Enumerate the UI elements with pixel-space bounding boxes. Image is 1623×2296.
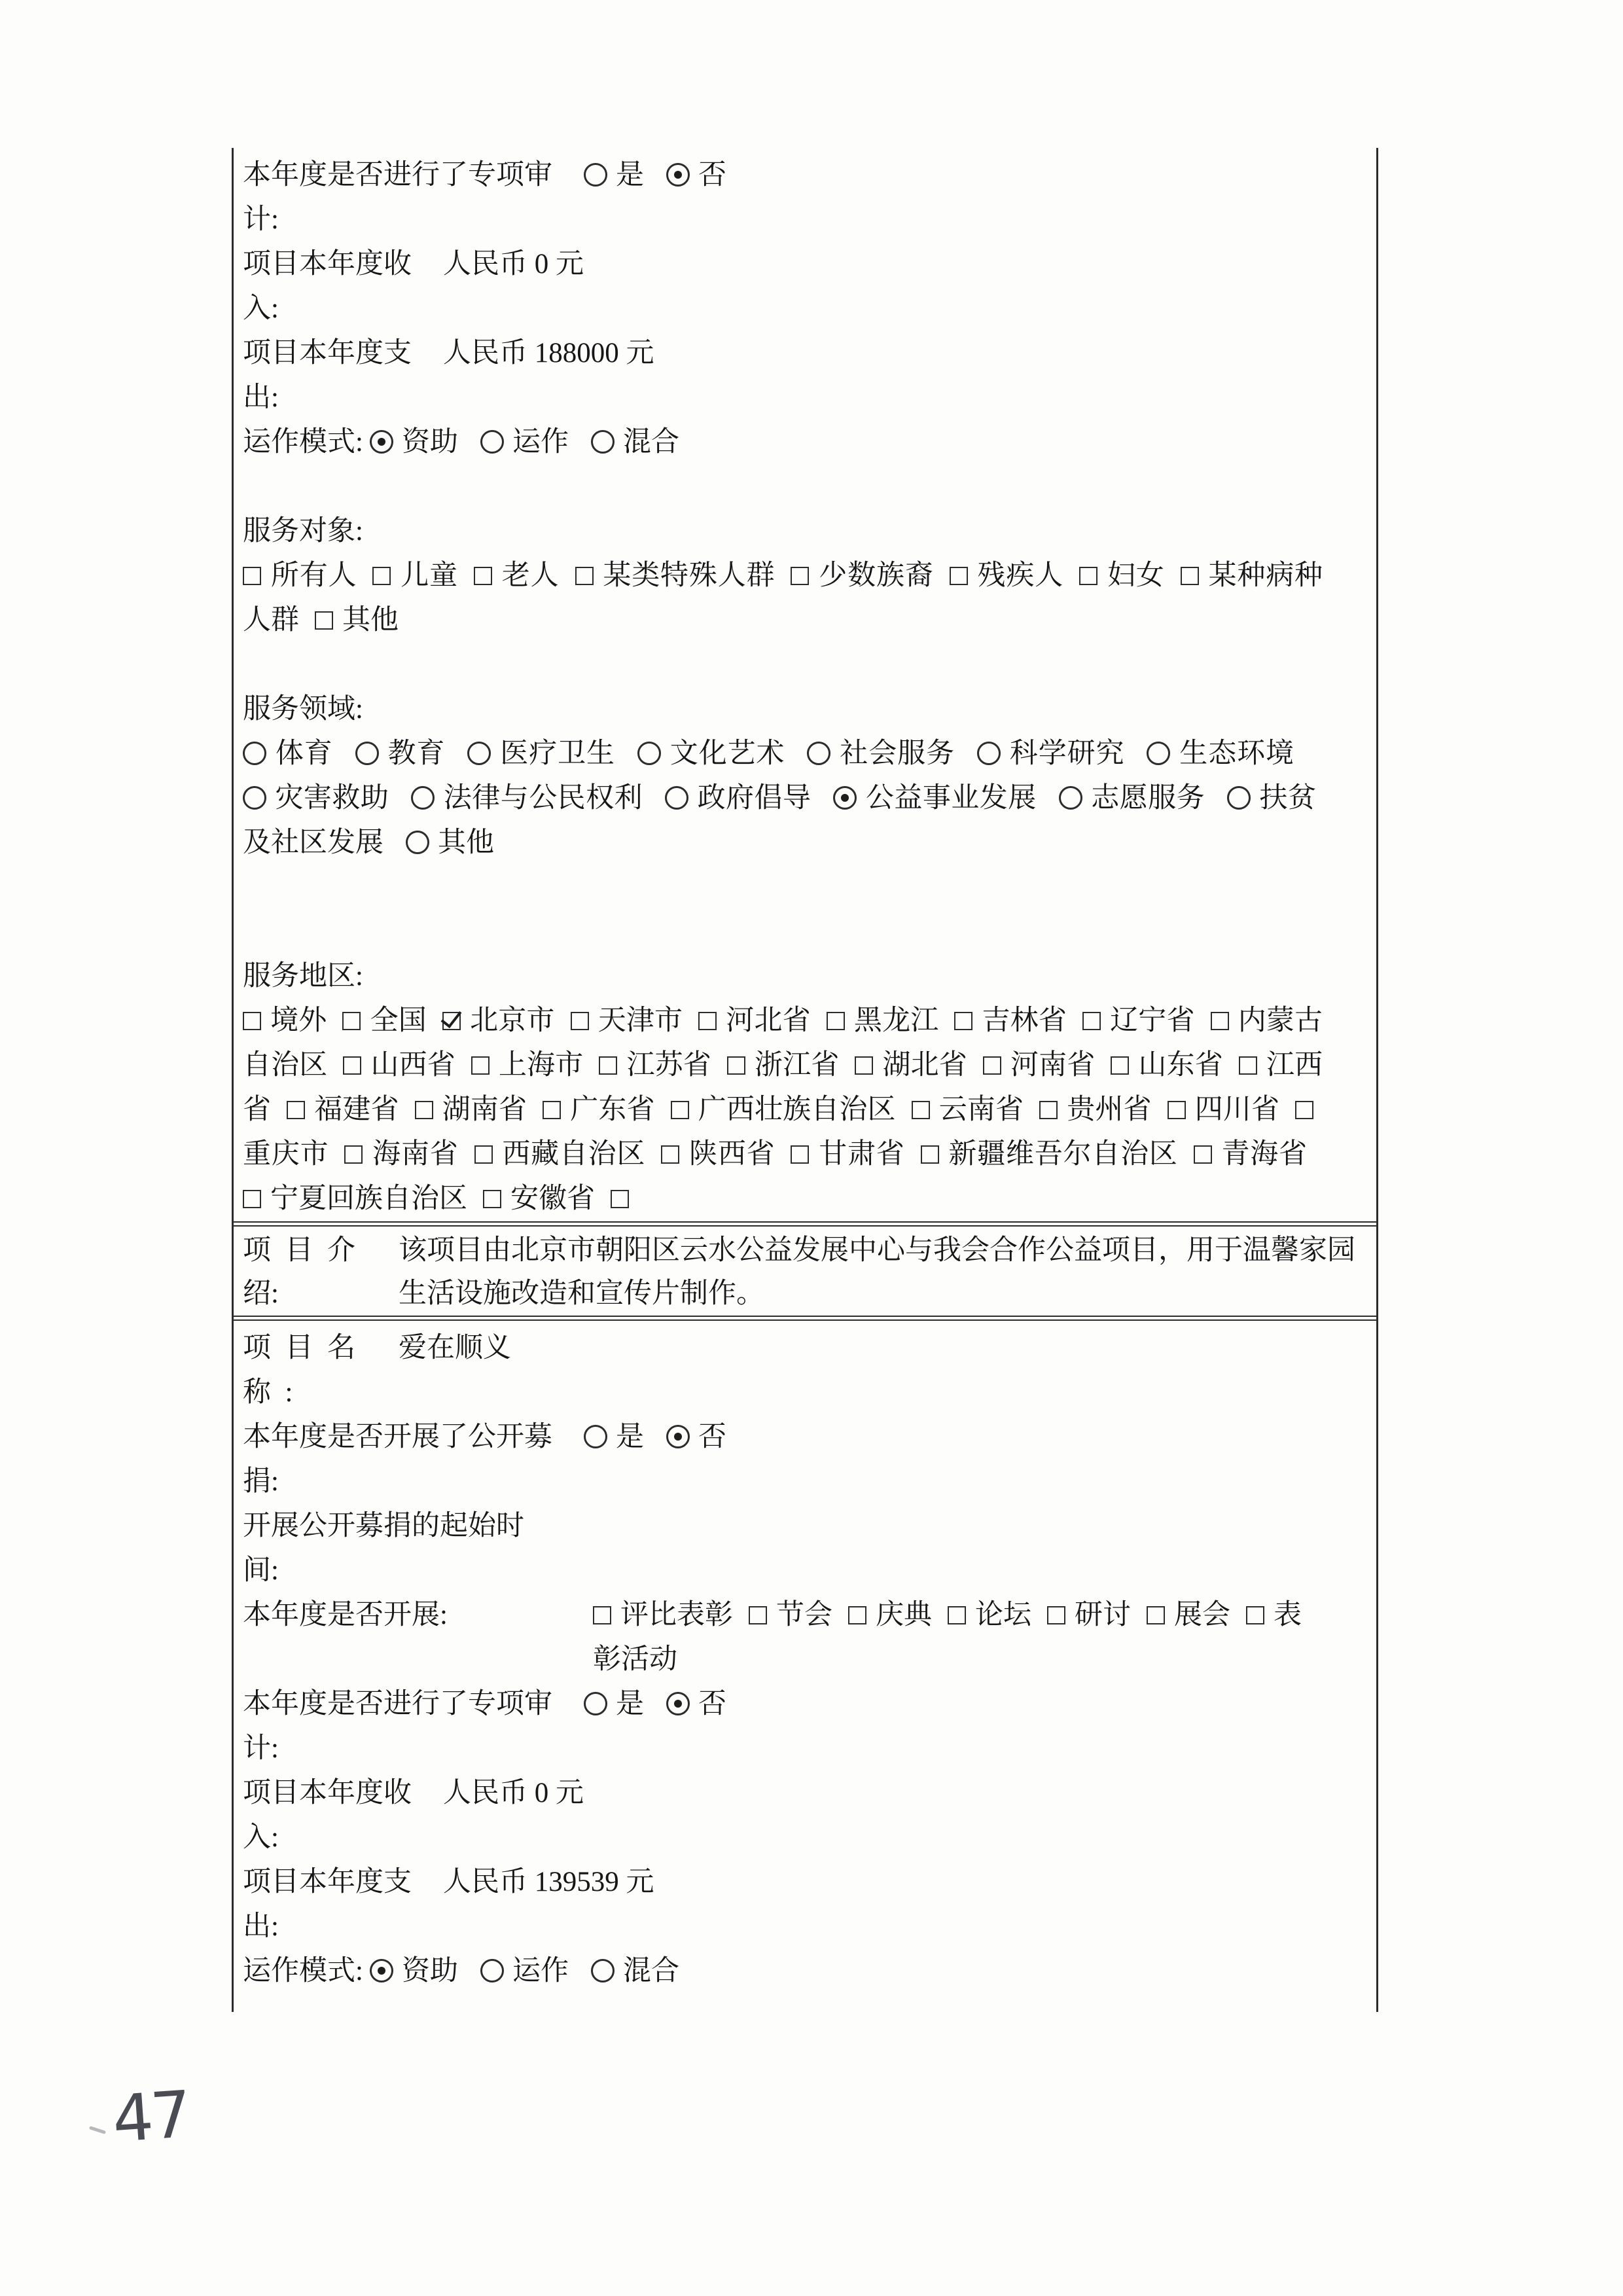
option-label: 青海省 xyxy=(1221,1139,1307,1170)
radio-group: 是否 xyxy=(584,1415,749,1460)
option-label: 少数族裔 xyxy=(818,560,933,591)
field-special-audit: 本年度是否进行了专项审 计: 是否 xyxy=(243,153,1323,242)
field-label: 本年度是否开展: xyxy=(243,1593,593,1638)
checkbox-option: 儿童 xyxy=(372,560,458,591)
radio-icon-selected xyxy=(370,430,393,454)
radio-option: 志愿服务 xyxy=(1059,783,1205,814)
option-label: 志愿服务 xyxy=(1091,783,1205,814)
checkbox-icon xyxy=(342,1012,361,1030)
row-separator xyxy=(234,1316,1376,1321)
option-label: 湖南省 xyxy=(442,1094,527,1125)
checkbox-option: 江苏省 xyxy=(599,1050,711,1081)
checkbox-option: 浙江省 xyxy=(727,1050,840,1081)
field-label: 运作模式: xyxy=(243,1949,363,1994)
checkbox-icon xyxy=(474,567,492,585)
radio-icon xyxy=(807,742,830,765)
checkbox-icon xyxy=(698,1012,717,1030)
checkbox-option: 老人 xyxy=(474,560,560,591)
checkbox-icon xyxy=(243,1012,261,1030)
checkbox-icon xyxy=(243,567,261,585)
checkbox-option: 宁夏回族自治区 xyxy=(243,1183,467,1214)
checkbox-option: 广西壮族自治区 xyxy=(671,1094,896,1125)
checkbox-group: 评比表彰节会庆典论坛研讨展会表彰活动 xyxy=(593,1593,1323,1682)
option-label: 混合 xyxy=(623,427,679,457)
radio-icon xyxy=(1227,786,1251,810)
checkbox-option: 湖北省 xyxy=(855,1050,967,1081)
field-label: 开展公开募捐的起始时 间: xyxy=(243,1504,524,1593)
radio-option: 是 xyxy=(584,1422,644,1452)
field-annual-expense: 项目本年度支 出: 人民币 188000 元 xyxy=(243,331,1323,420)
option-label: 北京市 xyxy=(470,1005,555,1036)
radio-option: 资助 xyxy=(370,1956,458,1986)
field-operation-mode: 运作模式: 资助运作混合 xyxy=(243,420,1323,465)
option-label: 重庆市 xyxy=(243,1139,329,1170)
gap xyxy=(243,465,1323,509)
radio-icon xyxy=(584,1692,607,1715)
option-label: 浙江省 xyxy=(755,1050,840,1081)
option-label: 公益事业发展 xyxy=(865,783,1036,814)
checkbox-option: 湖南省 xyxy=(415,1094,527,1125)
radio-option: 否 xyxy=(666,160,726,190)
option-label: 贵州省 xyxy=(1067,1094,1152,1125)
option-label: 吉林省 xyxy=(982,1005,1067,1036)
checkbox-icon xyxy=(593,1606,611,1624)
checkbox-option: 其他 xyxy=(315,605,399,636)
table-row-project1-details: 本年度是否进行了专项审 计: 是否 项目本年度收 入: 人民币 0 元 项目本年… xyxy=(234,148,1376,1221)
checkbox-icon xyxy=(1181,567,1199,585)
radio-option: 是 xyxy=(584,160,644,190)
field-value: 该项目由北京市朝阳区云水公益发展中心与我会合作公益项目，用于温馨家园生活设施改造… xyxy=(399,1229,1370,1316)
checkbox-option: 庆典 xyxy=(848,1600,932,1630)
radio-icon-selected xyxy=(666,1692,690,1715)
option-label: 研讨 xyxy=(1075,1600,1131,1630)
field-value: 人民币 139539 元 xyxy=(443,1860,654,1905)
field-value: 人民币 0 元 xyxy=(443,242,584,287)
option-label: 西藏自治区 xyxy=(502,1139,646,1170)
checkbox-icon xyxy=(948,1606,966,1624)
field-annual-income: 项目本年度收 入: 人民币 0 元 xyxy=(243,242,1323,331)
checkbox-option: 北京市 xyxy=(442,1005,555,1036)
pen-mark xyxy=(89,2126,106,2134)
radio-option: 社会服务 xyxy=(807,738,955,769)
checkbox-option: 少数族裔 xyxy=(791,560,933,591)
option-label: 黑龙江 xyxy=(854,1005,939,1036)
option-label: 广西壮族自治区 xyxy=(698,1094,896,1125)
checkbox-icon xyxy=(1211,1012,1229,1030)
checkbox-icon xyxy=(343,1056,361,1075)
field-label: 运作模式: xyxy=(243,420,363,465)
checkbox-option: 吉林省 xyxy=(954,1005,1067,1036)
option-label: 残疾人 xyxy=(977,560,1063,591)
option-label: 其他 xyxy=(342,605,399,636)
radio-icon xyxy=(243,786,266,810)
option-label: 否 xyxy=(698,1422,726,1452)
checkbox-icon xyxy=(474,1145,493,1164)
field-annual-income: 项目本年度收 入: 人民币 0 元 xyxy=(243,1771,1323,1860)
option-label: 是 xyxy=(616,1422,644,1452)
option-label: 节会 xyxy=(776,1600,832,1630)
option-label: 论坛 xyxy=(975,1600,1031,1630)
option-label: 法律与公民权利 xyxy=(443,783,643,814)
option-label: 妇女 xyxy=(1107,560,1165,591)
checkbox-icon xyxy=(1194,1145,1212,1164)
checkbox-icon xyxy=(571,1012,589,1030)
radio-icon-selected xyxy=(833,786,857,810)
checkbox-icon xyxy=(287,1101,305,1119)
option-label: 陕西省 xyxy=(688,1139,775,1170)
table-row-project2-details: 项 目 名 称 : 爱在顺义 本年度是否开展了公开募 捐: 是否 开展公开募捐的… xyxy=(234,1321,1376,1994)
option-label: 天津市 xyxy=(598,1005,683,1036)
checkbox-icon xyxy=(543,1101,561,1119)
checkbox-option: 海南省 xyxy=(344,1139,458,1170)
checkbox-option: 残疾人 xyxy=(950,560,1063,591)
checkbox-icon xyxy=(791,567,809,585)
option-label: 四川省 xyxy=(1195,1094,1280,1125)
radio-option: 其他 xyxy=(406,827,494,858)
checkbox-option: 山东省 xyxy=(1111,1050,1223,1081)
radio-option: 医疗卫生 xyxy=(467,738,615,769)
scanned-document-page: { "page_number_handwritten": "47", "form… xyxy=(0,0,1623,2296)
field-fundraising-start-time: 开展公开募捐的起始时 间: xyxy=(243,1504,1323,1593)
field-label: 项目本年度收 入: xyxy=(243,242,412,331)
option-label: 辽宁省 xyxy=(1110,1005,1195,1036)
option-label: 医疗卫生 xyxy=(499,738,615,769)
checkbox-option: 全国 xyxy=(342,1005,426,1036)
checkbox-icon xyxy=(243,1190,261,1208)
option-label: 运作 xyxy=(512,1956,569,1986)
field-label: 项目本年度支 出: xyxy=(243,1860,412,1949)
checkbox-option: 贵州省 xyxy=(1039,1094,1152,1125)
checkbox-icon xyxy=(483,1190,501,1208)
radio-group: 是否 xyxy=(584,153,749,198)
checkbox-option: 陕西省 xyxy=(661,1139,775,1170)
checkbox-option xyxy=(611,1183,638,1214)
field-label: 本年度是否开展了公开募 捐: xyxy=(243,1415,552,1504)
radio-icon xyxy=(591,430,615,454)
radio-option: 运作 xyxy=(480,427,569,457)
checkbox-icon xyxy=(1246,1606,1264,1624)
section-service-target: 服务对象: 所有人儿童老人某类特殊人群少数族裔残疾人妇女某种病种人群其他 xyxy=(243,509,1323,643)
option-label: 老人 xyxy=(501,560,560,591)
checkbox-option: 节会 xyxy=(749,1600,832,1630)
option-label: 是 xyxy=(616,160,644,190)
radio-option: 灾害救助 xyxy=(243,783,389,814)
row-separator xyxy=(234,1221,1376,1227)
option-label: 宁夏回族自治区 xyxy=(270,1183,467,1214)
field-label: 本年度是否进行了专项审 计: xyxy=(243,153,552,242)
option-label: 其他 xyxy=(438,827,494,858)
checkbox-icon xyxy=(912,1101,930,1119)
field-project-name: 项 目 名 称 : 爱在顺义 xyxy=(243,1326,1323,1415)
option-label: 生态环境 xyxy=(1179,738,1294,769)
gap xyxy=(243,643,1323,687)
gap xyxy=(243,865,1323,954)
option-label: 云南省 xyxy=(939,1094,1024,1125)
radio-icon xyxy=(480,430,504,454)
radio-option: 公益事业发展 xyxy=(833,783,1036,814)
checkbox-option: 福建省 xyxy=(287,1094,399,1125)
option-label: 资助 xyxy=(402,1956,458,1986)
option-label: 湖北省 xyxy=(882,1050,967,1081)
field-label: 本年度是否进行了专项审 计: xyxy=(243,1682,552,1771)
section-label: 服务领域: xyxy=(243,687,1323,732)
radio-option: 运作 xyxy=(480,1956,569,1986)
checkbox-icon xyxy=(599,1056,617,1075)
option-label: 甘肃省 xyxy=(818,1139,904,1170)
option-label: 境外 xyxy=(270,1005,327,1036)
checkbox-icon xyxy=(749,1606,767,1624)
radio-group: 体育教育医疗卫生文化艺术社会服务科学研究生态环境灾害救助法律与公民权利政府倡导公… xyxy=(243,732,1323,865)
radio-icon xyxy=(355,742,379,765)
option-label: 文化艺术 xyxy=(669,738,785,769)
checkbox-icon xyxy=(950,567,968,585)
radio-group: 资助运作混合 xyxy=(370,1949,702,1994)
checkbox-option: 研讨 xyxy=(1047,1600,1131,1630)
radio-icon xyxy=(584,1425,607,1448)
radio-icon xyxy=(1059,786,1082,810)
radio-icon xyxy=(480,1959,504,1982)
checkbox-icon xyxy=(415,1101,433,1119)
option-label: 庆典 xyxy=(876,1600,932,1630)
checkbox-icon xyxy=(983,1056,1001,1075)
radio-option: 政府倡导 xyxy=(665,783,811,814)
checkbox-option: 所有人 xyxy=(243,560,357,591)
option-label: 混合 xyxy=(623,1956,679,1986)
option-label: 评比表彰 xyxy=(620,1600,733,1630)
checkbox-icon xyxy=(727,1056,745,1075)
section-service-area: 服务地区: 境外全国北京市天津市河北省黑龙江吉林省辽宁省内蒙古自治区山西省上海市… xyxy=(243,954,1323,1221)
checkbox-option: 青海省 xyxy=(1194,1139,1307,1170)
checkbox-icon xyxy=(1082,1012,1101,1030)
radio-option: 文化艺术 xyxy=(637,738,785,769)
option-label: 灾害救助 xyxy=(275,783,389,814)
radio-icon xyxy=(243,742,266,765)
radio-icon xyxy=(411,786,435,810)
field-label: 项 目 名 称 : xyxy=(243,1326,399,1415)
section-label: 服务对象: xyxy=(243,509,1323,554)
radio-icon-selected xyxy=(370,1959,393,1982)
checkbox-option: 河北省 xyxy=(698,1005,811,1036)
checkbox-icon-selected xyxy=(442,1012,461,1030)
field-operation-mode: 运作模式: 资助运作混合 xyxy=(243,1949,1323,1994)
checkbox-option: 上海市 xyxy=(471,1050,584,1081)
handwritten-page-number: 47 xyxy=(110,2077,191,2157)
checkbox-option: 河南省 xyxy=(983,1050,1096,1081)
field-special-audit: 本年度是否进行了专项审 计: 是否 xyxy=(243,1682,1323,1771)
option-label: 山东省 xyxy=(1138,1050,1223,1081)
field-annual-expense: 项目本年度支 出: 人民币 139539 元 xyxy=(243,1860,1323,1949)
option-label: 江苏省 xyxy=(626,1050,711,1081)
checkbox-option: 山西省 xyxy=(343,1050,455,1081)
option-label: 是 xyxy=(616,1689,644,1719)
option-label: 福建省 xyxy=(314,1094,399,1125)
checkbox-option: 某类特殊人群 xyxy=(575,560,776,591)
option-label: 河北省 xyxy=(726,1005,811,1036)
checkbox-group: 境外全国北京市天津市河北省黑龙江吉林省辽宁省内蒙古自治区山西省上海市江苏省浙江省… xyxy=(243,999,1323,1221)
option-label: 体育 xyxy=(275,738,333,769)
field-label: 项目本年度收 入: xyxy=(243,1771,412,1860)
radio-option: 混合 xyxy=(591,427,679,457)
checkbox-icon xyxy=(575,567,594,585)
option-label: 广东省 xyxy=(570,1094,655,1125)
checkbox-icon xyxy=(344,1145,363,1164)
checkbox-option: 新疆维吾尔自治区 xyxy=(921,1139,1178,1170)
option-label: 否 xyxy=(698,160,726,190)
radio-group: 资助运作混合 xyxy=(370,420,702,465)
option-label: 否 xyxy=(698,1689,726,1719)
checkbox-icon xyxy=(471,1056,490,1075)
radio-option: 生态环境 xyxy=(1147,738,1294,769)
option-label: 上海市 xyxy=(499,1050,584,1081)
field-label: 项目本年度支 出: xyxy=(243,331,412,420)
field-activities-held: 本年度是否开展: 评比表彰节会庆典论坛研讨展会表彰活动 xyxy=(243,1593,1323,1682)
field-project-intro: 项 目 介 绍: 该项目由北京市朝阳区云水公益发展中心与我会合作公益项目，用于温… xyxy=(243,1229,1370,1316)
checkbox-icon xyxy=(791,1145,809,1164)
radio-option: 否 xyxy=(666,1689,726,1719)
checkbox-icon xyxy=(921,1145,939,1164)
checkbox-option: 黑龙江 xyxy=(827,1005,939,1036)
checkbox-group: 所有人儿童老人某类特殊人群少数族裔残疾人妇女某种病种人群其他 xyxy=(243,554,1323,643)
radio-option: 教育 xyxy=(355,738,446,769)
field-label: 项 目 介 绍: xyxy=(243,1229,399,1316)
field-value: 人民币 0 元 xyxy=(443,1771,584,1816)
option-label: 新疆维吾尔自治区 xyxy=(948,1139,1178,1170)
option-label: 安徽省 xyxy=(510,1183,595,1214)
checkbox-icon xyxy=(954,1012,972,1030)
option-label: 某类特殊人群 xyxy=(603,560,776,591)
radio-option: 混合 xyxy=(591,1956,679,1986)
field-public-fundraising: 本年度是否开展了公开募 捐: 是否 xyxy=(243,1415,1323,1504)
radio-option: 否 xyxy=(666,1422,726,1452)
radio-option: 是 xyxy=(584,1689,644,1719)
table-row-project-intro: 项 目 介 绍: 该项目由北京市朝阳区云水公益发展中心与我会合作公益项目，用于温… xyxy=(234,1227,1376,1316)
radio-icon xyxy=(406,831,429,854)
checkbox-icon xyxy=(1239,1056,1257,1075)
option-label: 山西省 xyxy=(370,1050,455,1081)
checkbox-icon xyxy=(372,567,391,585)
option-label: 社会服务 xyxy=(839,738,955,769)
option-label: 科学研究 xyxy=(1009,738,1125,769)
checkbox-icon xyxy=(315,611,333,630)
radio-option: 法律与公民权利 xyxy=(411,783,643,814)
radio-group: 是否 xyxy=(584,1682,749,1727)
checkbox-icon xyxy=(1039,1101,1058,1119)
checkbox-icon xyxy=(1047,1606,1065,1624)
checkbox-option: 甘肃省 xyxy=(791,1139,904,1170)
option-label: 所有人 xyxy=(270,560,357,591)
checkbox-icon xyxy=(1295,1101,1313,1119)
radio-icon xyxy=(1147,742,1170,765)
option-label: 海南省 xyxy=(372,1139,458,1170)
checkbox-option: 四川省 xyxy=(1168,1094,1280,1125)
option-label: 展会 xyxy=(1174,1600,1230,1630)
checkbox-icon xyxy=(848,1606,866,1624)
option-label: 教育 xyxy=(387,738,446,769)
field-value: 人民币 188000 元 xyxy=(443,331,654,376)
radio-icon xyxy=(637,742,661,765)
checkbox-option: 西藏自治区 xyxy=(474,1139,646,1170)
checkbox-icon xyxy=(1168,1101,1186,1119)
option-label: 儿童 xyxy=(400,560,458,591)
radio-icon-selected xyxy=(666,163,690,187)
checkbox-icon xyxy=(661,1145,679,1164)
checkbox-option: 安徽省 xyxy=(483,1183,595,1214)
field-value: 爱在顺义 xyxy=(399,1326,1323,1371)
radio-icon xyxy=(977,742,1001,765)
option-label: 资助 xyxy=(402,427,458,457)
checkbox-option: 辽宁省 xyxy=(1082,1005,1195,1036)
radio-icon xyxy=(467,742,491,765)
checkbox-option: 评比表彰 xyxy=(593,1600,733,1630)
checkbox-option: 云南省 xyxy=(912,1094,1024,1125)
checkbox-option: 论坛 xyxy=(948,1600,1031,1630)
option-label: 运作 xyxy=(512,427,569,457)
checkbox-option: 展会 xyxy=(1147,1600,1230,1630)
radio-icon xyxy=(584,163,607,187)
checkbox-icon xyxy=(611,1190,629,1208)
radio-option: 科学研究 xyxy=(977,738,1125,769)
checkbox-icon xyxy=(1079,567,1097,585)
checkbox-icon xyxy=(1147,1606,1165,1624)
radio-icon xyxy=(591,1959,615,1982)
checkbox-icon xyxy=(671,1101,689,1119)
radio-option: 体育 xyxy=(243,738,333,769)
checkbox-option: 妇女 xyxy=(1079,560,1165,591)
checkbox-icon xyxy=(827,1012,845,1030)
radio-icon-selected xyxy=(666,1425,690,1448)
option-label: 政府倡导 xyxy=(697,783,811,814)
checkbox-icon xyxy=(855,1056,873,1075)
radio-option: 资助 xyxy=(370,427,458,457)
option-label: 全国 xyxy=(370,1005,426,1036)
report-table: 本年度是否进行了专项审 计: 是否 项目本年度收 入: 人民币 0 元 项目本年… xyxy=(232,148,1378,2012)
checkbox-option: 广东省 xyxy=(543,1094,655,1125)
checkbox-option: 天津市 xyxy=(571,1005,683,1036)
option-label: 河南省 xyxy=(1010,1050,1096,1081)
section-service-field: 服务领域: 体育教育医疗卫生文化艺术社会服务科学研究生态环境灾害救助法律与公民权… xyxy=(243,687,1323,865)
radio-icon xyxy=(665,786,688,810)
section-label: 服务地区: xyxy=(243,954,1323,999)
checkbox-option: 境外 xyxy=(243,1005,327,1036)
checkbox-icon xyxy=(1111,1056,1129,1075)
